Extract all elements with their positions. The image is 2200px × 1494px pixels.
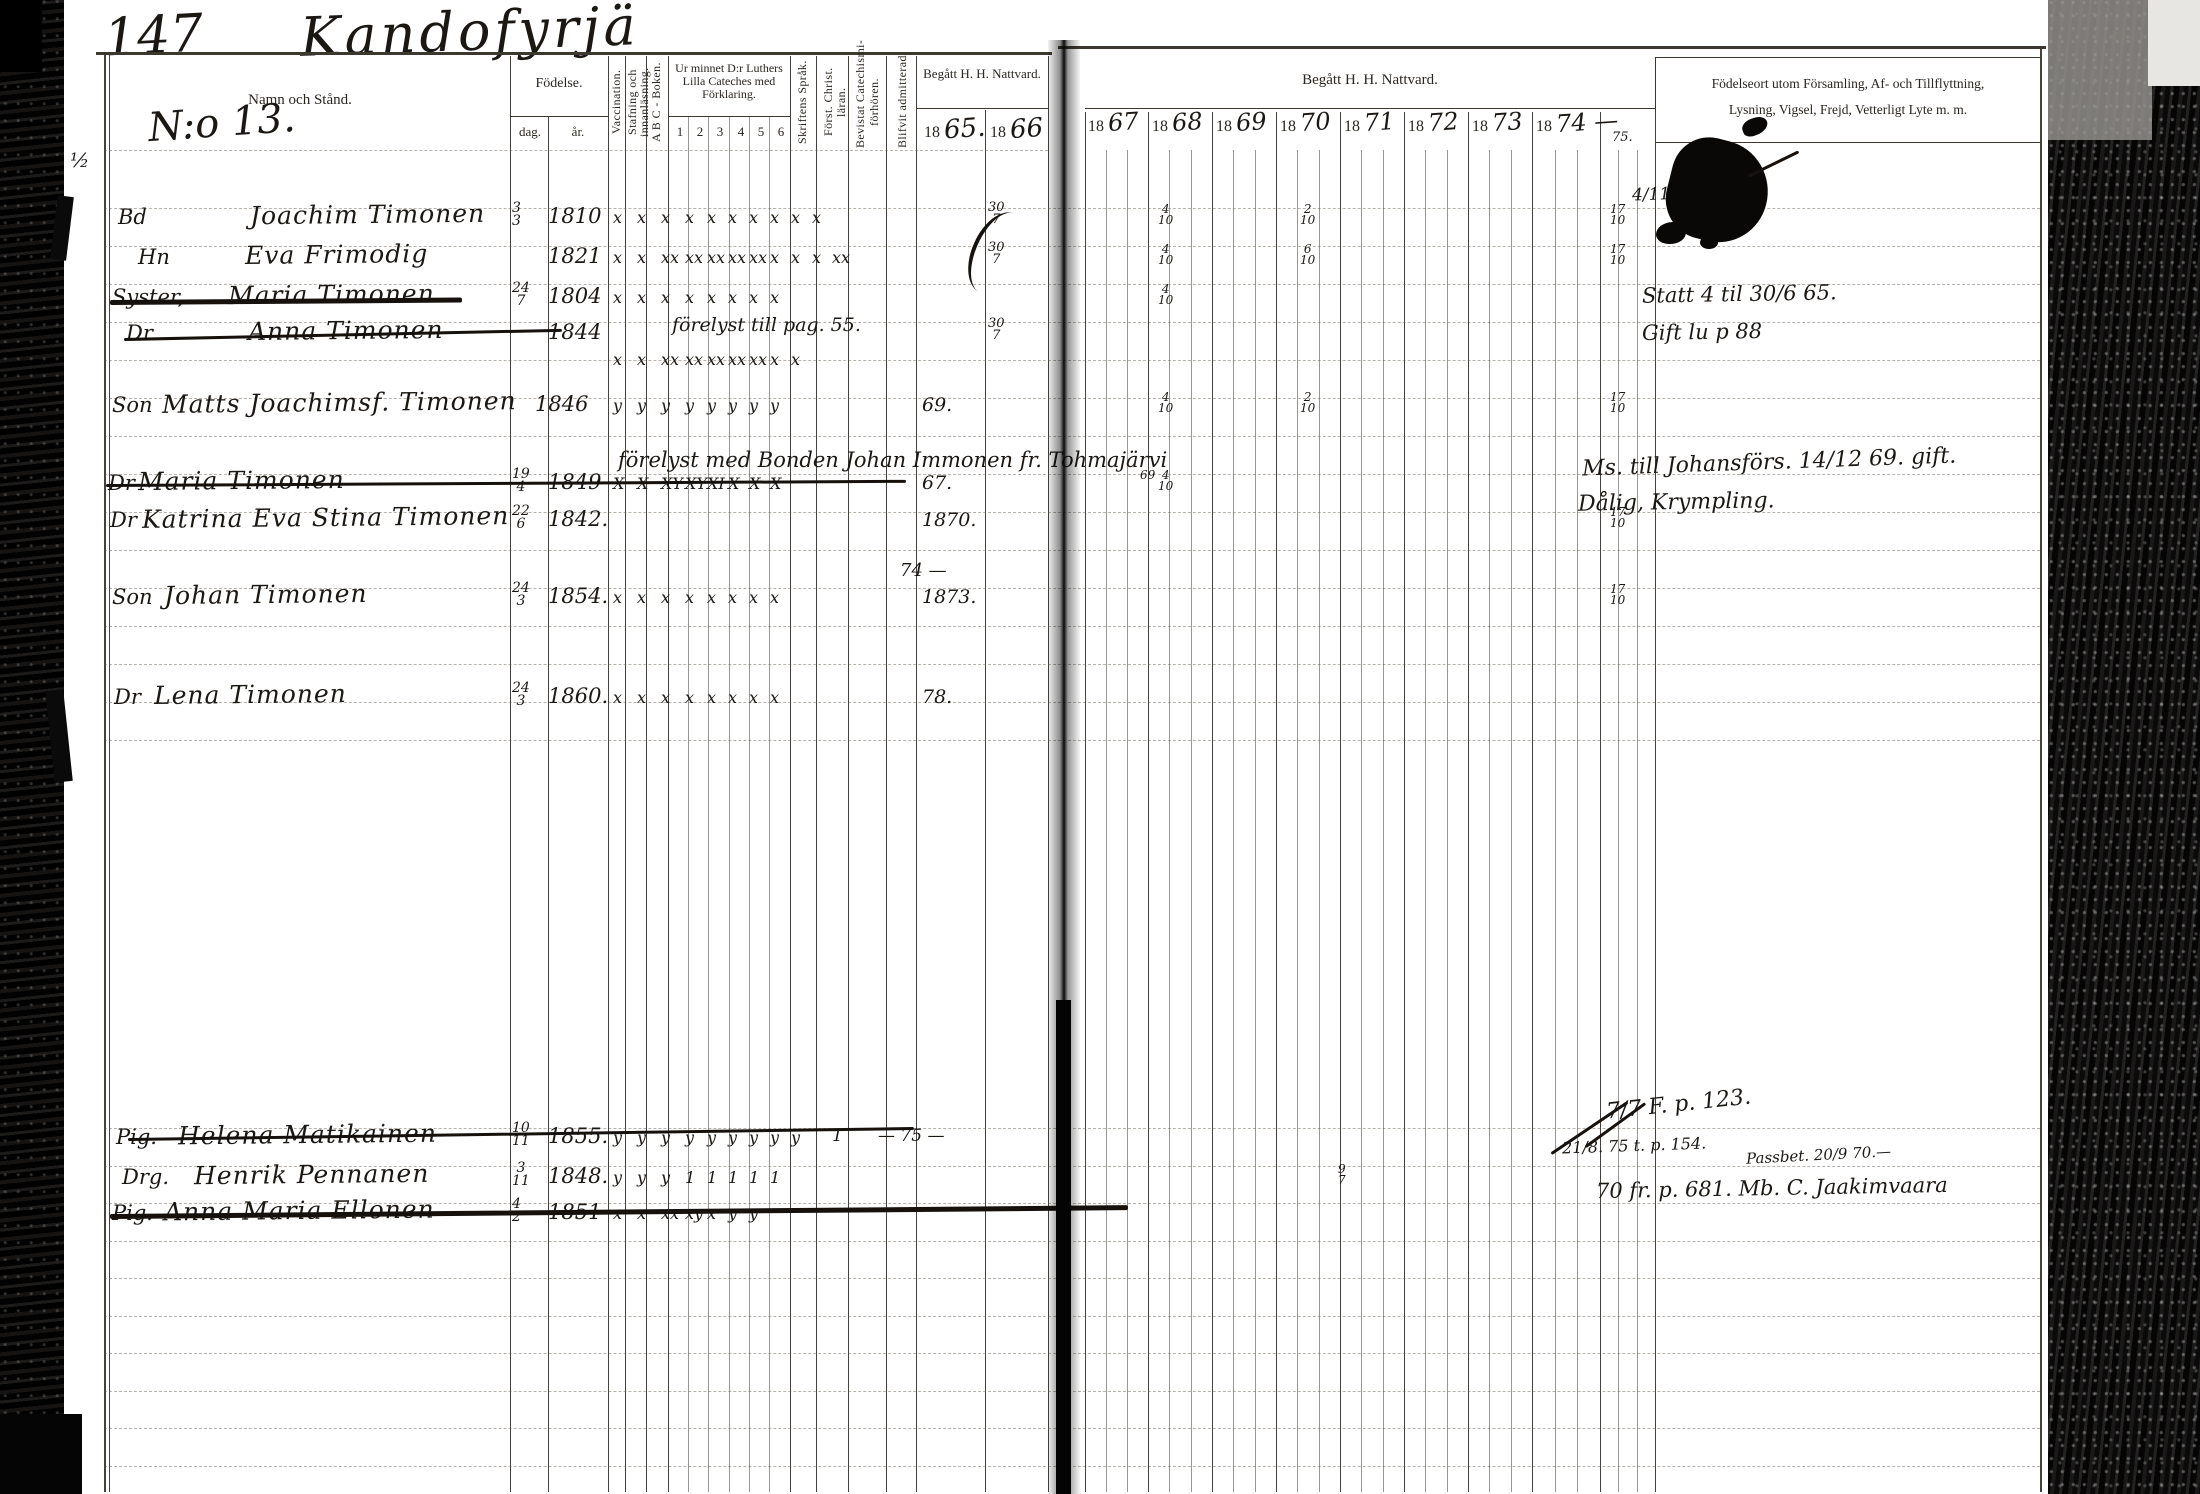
year-label-written: 72 (1427, 107, 1459, 137)
mark-cell: x (791, 350, 800, 369)
column-rule (985, 110, 986, 1492)
column-rule (1276, 112, 1277, 1492)
row-note: förelyst med Bonden Johan Immonen fr. To… (618, 448, 1167, 472)
column-header-communion-right: Begått H. H. Nattvard. (1200, 72, 1540, 89)
catechism-column-number: 6 (773, 124, 789, 140)
column-header-communion-left: Begått H. H. Nattvard. (918, 66, 1046, 82)
communion-date-mark: 1710 (1610, 204, 1625, 227)
column-rule (816, 56, 817, 1492)
year-label-written: 67 (1107, 107, 1139, 137)
birth-year: 1860. (548, 684, 608, 708)
mark-cell: x (613, 350, 622, 369)
row-name: Maria Timonen (228, 279, 435, 310)
column-header-forst: Först. Christ. (823, 56, 834, 148)
mark-cell: x (613, 688, 622, 707)
mark-cell: y (637, 1168, 646, 1187)
mark-cell: x (613, 208, 622, 227)
catechism-column-number: 5 (753, 124, 769, 140)
mark-cell: x (637, 688, 646, 707)
mark-cell: x (637, 350, 646, 369)
year-label-printed: 18 (990, 124, 1006, 142)
catechism-column-number: 4 (733, 124, 749, 140)
year-label-written: 74 — (1555, 106, 1619, 138)
birth-day: 311 (512, 1162, 530, 1189)
header-bottom-rule (104, 150, 1048, 151)
mark-cell: x (812, 208, 821, 227)
mark-cell: 1 (728, 1168, 738, 1187)
row-name: Eva Frimodig (245, 239, 429, 270)
mark-cell: y (661, 1168, 670, 1187)
column-rule (1340, 112, 1341, 1492)
birth-year: 1848. (548, 1164, 608, 1188)
column-subheader-day: dag. (512, 124, 548, 140)
communion-date-mark: 1710 (1610, 584, 1625, 607)
margin-annotation: Gift lu p 88 (1642, 319, 1763, 345)
column-rule (1085, 112, 1086, 1492)
communion-1866-mark: 307 (988, 318, 1005, 343)
mark-cell: y (661, 396, 670, 415)
row-name: Joachim Timonen (250, 199, 485, 230)
row-title: Dr (126, 321, 153, 345)
mark-cell: x (770, 588, 779, 607)
mark-cell: x (637, 288, 646, 307)
column-header-bevistat: förhören. (869, 56, 880, 148)
mark-cell: y (613, 396, 622, 415)
birth-year: 1804 (548, 284, 601, 308)
table-rule (668, 116, 790, 117)
communion-date-mark: 410 (1158, 244, 1173, 267)
mark-cell: x (749, 208, 758, 227)
birth-year: 1842. (548, 507, 608, 531)
mark-cell: x (791, 208, 800, 227)
column-rule (646, 56, 647, 1492)
communion-date-mark: 210 (1300, 392, 1315, 415)
row-title: Dr (110, 508, 137, 532)
year-label-written: 71 (1363, 107, 1395, 137)
mark-cell: X (728, 474, 739, 493)
communion-date-mark: 210 (1300, 204, 1315, 227)
margin-annotation: 7/7 F. p. 123. (1605, 1084, 1752, 1124)
mark-cell: X (749, 474, 760, 493)
margin-fraction: ½ (70, 148, 89, 172)
mark-cell: xx (685, 350, 703, 369)
row-name: Katrina Eva Stina Timonen (142, 501, 510, 534)
row-name: Anna Maria Ellonen (164, 1195, 435, 1227)
info-box-border (1655, 57, 2042, 143)
column-rule (1127, 150, 1128, 1492)
row-title: Son (112, 393, 153, 417)
mark-cell: x (661, 588, 670, 607)
table-rule (510, 116, 608, 117)
column-rule (1447, 150, 1448, 1492)
year-label-printed: 18 (1344, 118, 1360, 136)
mark-cell: y (685, 396, 694, 415)
column-rule (625, 56, 626, 1492)
row-note: förelyst till pag. 55. (672, 314, 861, 336)
year-label-printed: 18 (1536, 118, 1552, 136)
mark-cell: y (749, 396, 758, 415)
mark-cell: x (728, 208, 737, 227)
mark-cell: x (637, 248, 646, 267)
mark-cell: 1 (749, 1168, 759, 1187)
mark-cell: XI (707, 474, 725, 493)
admitted-year: 74 — (900, 560, 947, 581)
year-label-printed: 18 (1088, 118, 1104, 136)
scanned-page: 147 Kandofyrjä ½ N:o 13. Namn och Stånd.… (0, 0, 2200, 1494)
row-title: Dr (114, 685, 141, 709)
birth-day: 243 (512, 682, 530, 709)
column-rule (1319, 150, 1320, 1492)
margin-annotation: Ms. till Johansförs. 14/12 69. gift. (1582, 443, 1957, 481)
mark-cell: x (749, 588, 758, 607)
mark-cell: 1 (685, 1168, 695, 1187)
column-rule (608, 56, 609, 1492)
column-rule (1361, 150, 1362, 1492)
mark-cell: y (728, 396, 737, 415)
mark-cell: y (707, 396, 716, 415)
column-rule (1404, 112, 1405, 1492)
communion-date-mark: 410 (1158, 284, 1173, 307)
scan-edge-tear (0, 1414, 82, 1494)
column-header-catechism: Ur minnet D:r Luthers Lilla Cateches med… (670, 62, 788, 101)
column-rule (2040, 46, 2042, 1492)
mark-cell: x (661, 288, 670, 307)
catechism-column-number: 1 (672, 124, 688, 140)
column-rule (1212, 112, 1213, 1492)
page-number: 147 (102, 3, 204, 68)
mark-cell: x (707, 288, 716, 307)
column-header-vaccination: Vaccination. (611, 56, 622, 148)
column-rule (1489, 150, 1490, 1492)
admitted-year: 1870. (922, 509, 976, 531)
page-place-title: Kandofyrjä (299, 0, 641, 69)
mark-cell: x (707, 688, 716, 707)
birth-year: 1854. (548, 584, 608, 608)
column-header-abc: A B C - Boken. (651, 56, 662, 148)
ink-blot-satellite (1700, 236, 1718, 249)
mark-cell: x (749, 688, 758, 707)
mark-cell: x (685, 208, 694, 227)
birth-year: 1846 (535, 392, 588, 416)
mark-cell: xx (728, 248, 746, 267)
column-header-forst: läran. (836, 56, 847, 148)
communion-date-mark: 410 (1158, 470, 1173, 493)
mark-cell: X (770, 474, 781, 493)
column-header-blifvit: Blifvit admitterad (897, 56, 908, 148)
year-label-printed: 18 (924, 124, 940, 142)
column-rule (510, 56, 511, 1492)
communion-date-mark: 69 (1140, 470, 1155, 481)
year-label-printed: 18 (1408, 118, 1424, 136)
year-label-printed: 18 (1152, 118, 1168, 136)
row-name: Matts Joachimsf. Timonen (162, 386, 517, 419)
admitted-year: 78. (922, 686, 952, 708)
mark-cell: XY (685, 474, 707, 493)
catechism-column-number: 2 (692, 124, 708, 140)
communion-date-mark: 410 (1158, 204, 1173, 227)
mark-cell: y (770, 396, 779, 415)
year-label-written: 73 (1491, 107, 1523, 137)
row-title: Bd (118, 205, 147, 229)
row-name: Lena Timonen (154, 679, 347, 710)
mark-cell: xx (749, 350, 767, 369)
column-rule (1618, 150, 1619, 1492)
mark-cell: x (791, 248, 800, 267)
birth-year: 1821 (548, 244, 601, 268)
mark-cell: y (613, 1168, 622, 1187)
scan-corner-smudge (2148, 0, 2200, 86)
column-rule (1511, 150, 1512, 1492)
mark-cell: xx (661, 248, 679, 267)
year-label-written: 66 (1009, 113, 1044, 145)
column-header-bevistat: Bevistat Catechismi- (855, 56, 866, 148)
mark-cell: xx (661, 350, 679, 369)
scan-edge-tear (0, 0, 42, 72)
margin-annotation: 75. (1612, 130, 1633, 145)
mark-cell: xx (749, 248, 767, 267)
mark-cell: x (728, 588, 737, 607)
communion-date-mark: 1710 (1610, 392, 1625, 415)
mark-cell: x (637, 208, 646, 227)
catechism-column-number: 3 (712, 124, 728, 140)
column-rule (916, 56, 917, 1492)
mark-cell: x (770, 248, 779, 267)
margin-annotation: Passbet. 20/9 70.— (1746, 1142, 1892, 1168)
mark-cell: xx (707, 350, 725, 369)
margin-annotation: Statt 4 til 30/6 65. (1642, 280, 1837, 307)
row-name: Maria Timonen (138, 465, 345, 496)
year-label-printed: 18 (1280, 118, 1296, 136)
table-rule (916, 108, 1048, 109)
column-rule (1577, 150, 1578, 1492)
pen-stroke (957, 204, 1038, 303)
column-rule (886, 56, 887, 1492)
mark-cell: x (661, 688, 670, 707)
mark-cell: x (707, 588, 716, 607)
column-header-skrift: Skriftens Språk. (797, 56, 808, 148)
birth-year: 1855. (548, 1124, 608, 1148)
mark-cell: x (728, 288, 737, 307)
column-rule (1191, 150, 1192, 1492)
mark-cell: xx (685, 248, 703, 267)
column-rule (1233, 150, 1234, 1492)
margin-annotation: 21/8. 75 t. p. 154. (1562, 1133, 1707, 1157)
column-rule (1655, 112, 1656, 1492)
column-rule (1637, 150, 1638, 1492)
margin-annotation: Dålig, Krympling. (1578, 488, 1775, 516)
mark-cell: x (770, 688, 779, 707)
column-rule (848, 56, 849, 1492)
column-rule (790, 56, 791, 1492)
mark-cell: 1 (770, 1168, 780, 1187)
year-label-written: 65. (943, 113, 986, 146)
mark-cell: xx (728, 350, 746, 369)
admitted-year: 67. (922, 472, 952, 494)
birth-day: 226 (512, 505, 530, 532)
communion-date-mark: 1710 (1610, 244, 1625, 267)
year-label-written: 68 (1171, 107, 1203, 137)
row-title: Drg. (122, 1165, 169, 1189)
birth-year: 1810 (548, 204, 601, 228)
mark-cell: x (613, 588, 622, 607)
mark-cell: x (685, 288, 694, 307)
mark-cell: x (770, 288, 779, 307)
mark-cell: x (613, 288, 622, 307)
row-title: Son (112, 585, 153, 609)
year-label-printed: 18 (1472, 118, 1488, 136)
mark-cell: x (770, 350, 779, 369)
birth-day: 33 (512, 202, 521, 229)
row-name: Johan Timonen (164, 579, 368, 610)
year-label-printed: 18 (1216, 118, 1232, 136)
column-rule (1297, 150, 1298, 1492)
column-rule (1106, 150, 1107, 1492)
birth-day: 247 (512, 282, 530, 309)
mark-cell: y (749, 1204, 758, 1223)
column-rule (109, 52, 110, 1492)
row-name: Henrik Pennanen (194, 1159, 430, 1190)
mark-cell: xx (832, 248, 850, 267)
column-rule (1555, 150, 1556, 1492)
row-name: Anna Timonen (248, 315, 444, 346)
mark-cell: x (661, 208, 670, 227)
mark-cell: x (728, 688, 737, 707)
book-fold-shadow (1056, 1000, 1071, 1494)
column-rule (1600, 112, 1601, 1492)
column-header-birth: Födelse. (510, 76, 608, 92)
mark-cell: x (812, 248, 821, 267)
mark-cell: 1 (707, 1168, 717, 1187)
mark-cell: x (637, 588, 646, 607)
mark-cell: x (685, 588, 694, 607)
mark-cell: x (770, 208, 779, 227)
column-rule (104, 52, 106, 1492)
column-rule (668, 56, 669, 1492)
table-rule (96, 52, 1052, 55)
communion-date-mark: 610 (1300, 244, 1315, 267)
column-rule (1532, 112, 1533, 1492)
column-rule (1383, 150, 1384, 1492)
admitted-year: 1873. (922, 586, 976, 608)
column-subheader-year: år. (552, 124, 604, 140)
mark-cell: y (637, 396, 646, 415)
mark-cell: x (613, 248, 622, 267)
mark-cell: x (707, 208, 716, 227)
table-rule (1058, 46, 2046, 49)
scan-corner-smudge (2048, 0, 2152, 140)
birth-day: 243 (512, 582, 530, 609)
birth-year: 1844 (548, 320, 601, 344)
scan-edge-right (2048, 0, 2200, 1494)
mark-cell: x (685, 688, 694, 707)
column-rule (1255, 150, 1256, 1492)
communion-date-mark: 410 (1158, 392, 1173, 415)
column-rule (1148, 112, 1149, 1492)
column-rule (1468, 112, 1469, 1492)
ink-blot-satellite (1656, 222, 1686, 244)
margin-annotation: 70 fr. p. 681. Mb. C. Jaakimvaara (1596, 1173, 1948, 1203)
mark-cell: x (749, 288, 758, 307)
column-rule (1169, 150, 1170, 1492)
row-title: Syster, (112, 285, 184, 309)
year-label-written: 70 (1299, 107, 1331, 137)
mark-cell: xx (707, 248, 725, 267)
column-rule (1425, 150, 1426, 1492)
row-title: Hn (138, 245, 170, 269)
column-header-name: Namn och Stånd. (180, 92, 420, 109)
year-label-written: 69 (1235, 107, 1267, 137)
communion-date-mark: 97 (1338, 1164, 1346, 1187)
admitted-year: 69. (922, 394, 952, 416)
